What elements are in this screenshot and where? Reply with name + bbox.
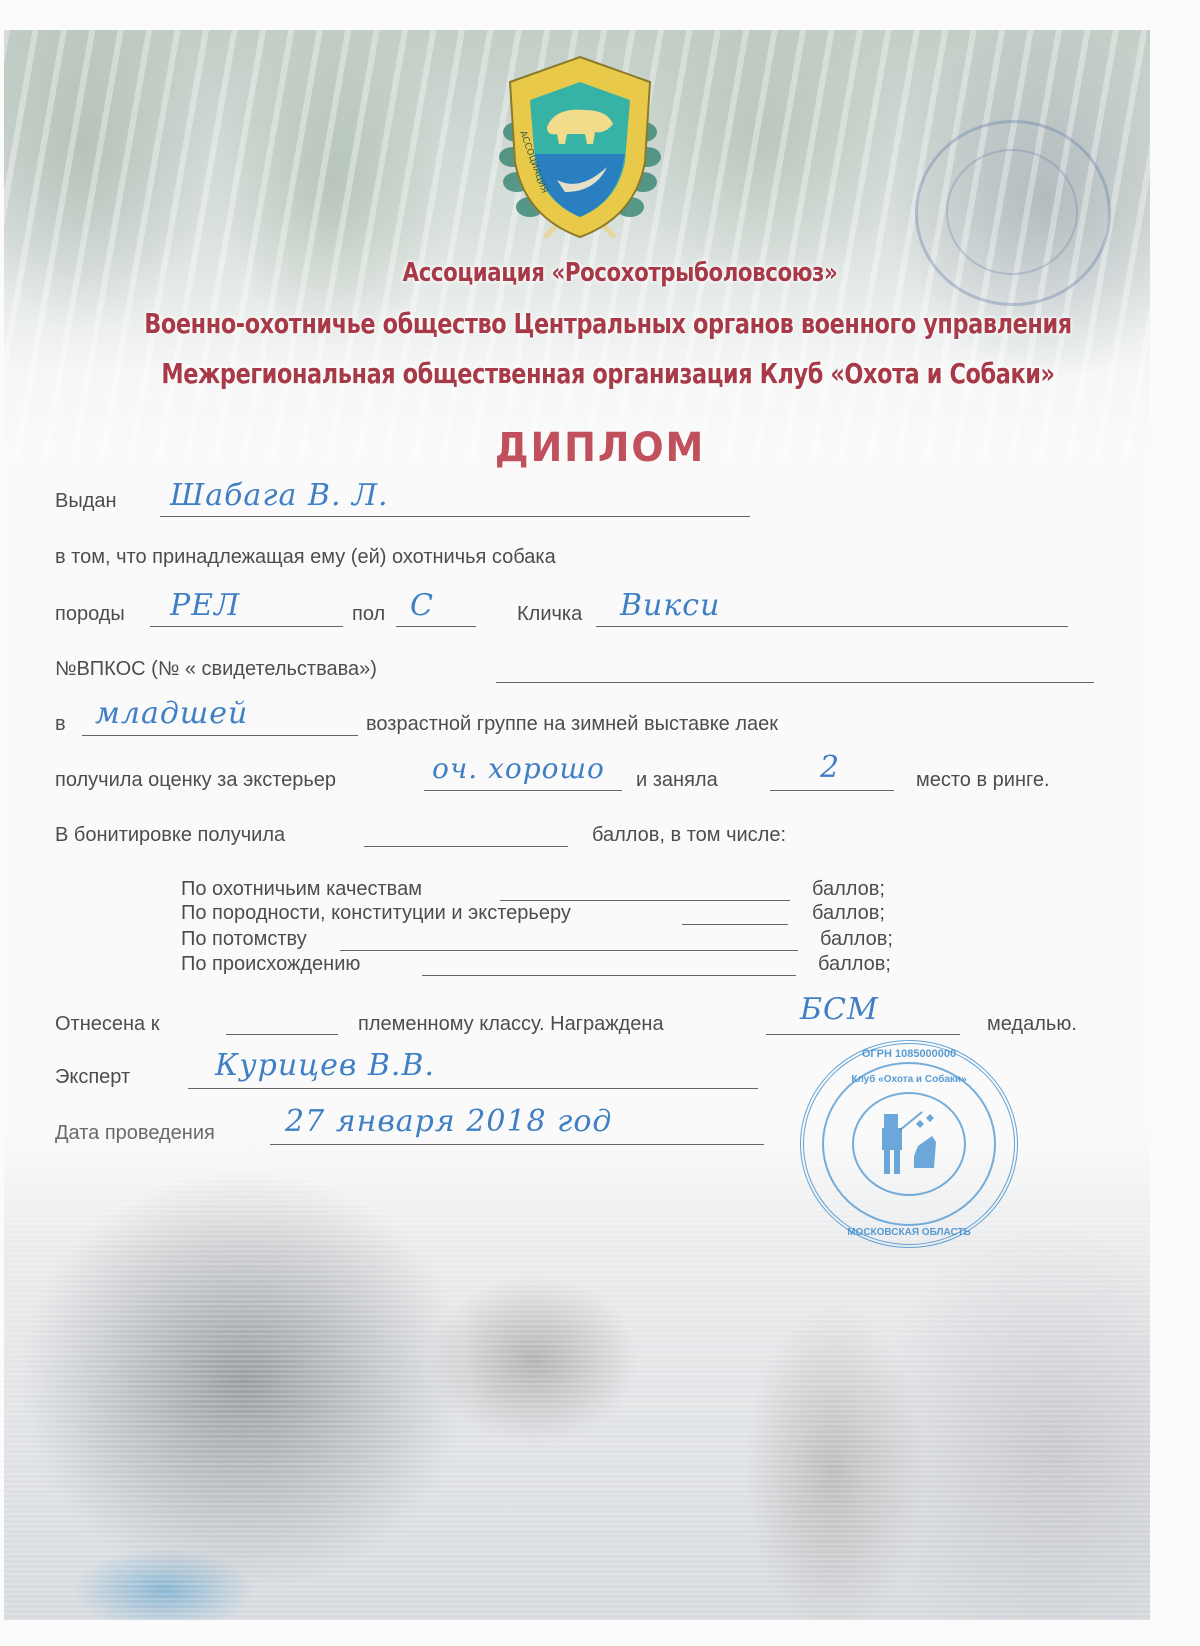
issued-to-label: Выдан	[55, 490, 117, 513]
score-line-origin	[422, 975, 796, 976]
medal-value: БСМ	[800, 992, 879, 1027]
issued-to-value: Шабага В. Л.	[170, 478, 389, 513]
vpkos-line	[496, 682, 1094, 683]
expert-line	[188, 1088, 758, 1089]
breed-line	[150, 626, 343, 627]
grade-label: получила оценку за экстерьер	[55, 769, 336, 792]
breed-value: РЕЛ	[170, 588, 240, 623]
breed-label: породы	[55, 603, 125, 626]
bonitation-label: В бонитировке получила	[55, 824, 285, 847]
event-date-value: 27 января 2018 год	[285, 1104, 612, 1139]
society-name: Военно-охотничье общество Центральных ор…	[128, 307, 1088, 340]
class-label: Отнесена к	[55, 1013, 159, 1036]
vpkos-label: №ВПКОС (№ « свидетельствава»)	[55, 658, 377, 681]
score-unit-origin: баллов;	[818, 953, 891, 976]
age-group-value: младшей	[95, 696, 248, 731]
bonitation-line	[364, 846, 568, 847]
sex-label: пол	[352, 603, 385, 626]
seal-club-text: Клуб «Охота и Собаки»	[804, 1074, 1014, 1085]
class-suffix: племенному классу. Награждена	[358, 1013, 664, 1036]
issued-to-line	[160, 516, 750, 517]
place-line	[770, 790, 894, 791]
score-unit-hunting: баллов;	[812, 878, 885, 901]
club-seal-icon: ОГРН 1085000000 Клуб «Охота и Собаки» МО…	[800, 1040, 1018, 1248]
group-line	[82, 735, 358, 736]
sex-value: С	[410, 588, 434, 623]
medal-suffix: медалью.	[987, 1013, 1077, 1036]
expert-value: Курицев В.В.	[215, 1048, 435, 1083]
seal-top-text: ОГРН 1085000000	[804, 1048, 1014, 1060]
place-suffix: место в ринге.	[916, 769, 1050, 792]
score-label-progeny: По потомству	[181, 928, 307, 951]
score-line-breed	[682, 924, 788, 925]
date-line	[270, 1144, 764, 1145]
score-unit-progeny: баллов;	[820, 928, 893, 951]
grade-line	[424, 790, 622, 791]
class-line	[226, 1034, 338, 1035]
score-label-origin: По происхождению	[181, 953, 360, 976]
expert-label: Эксперт	[55, 1066, 130, 1089]
score-line-progeny	[340, 950, 798, 951]
exterior-grade-value: оч. хорошо	[432, 752, 605, 785]
hunter-and-dog-icon	[874, 1106, 944, 1178]
group-prefix: в	[55, 713, 66, 736]
dog-name-value: Викси	[620, 588, 720, 623]
association-emblem-icon: АССОЦИАЦИЯ	[495, 52, 665, 247]
statement-text: в том, что принадлежащая ему (ей) охотни…	[55, 546, 556, 569]
sex-line	[396, 626, 476, 627]
place-label: и заняла	[636, 769, 718, 792]
dog-name-line	[596, 626, 1068, 627]
medal-line	[766, 1034, 960, 1035]
document-title: ДИПЛОМ	[30, 425, 1170, 471]
group-suffix: возрастной группе на зимней выставке лае…	[366, 713, 778, 736]
ring-place-value: 2	[820, 750, 840, 785]
seal-bottom-text: МОСКОВСКАЯ ОБЛАСТЬ	[804, 1227, 1014, 1238]
association-name: Ассоциация «Росохотрыболовсоюз»	[128, 258, 1112, 288]
date-label: Дата проведения	[55, 1122, 215, 1145]
organization-name: Межрегиональная общественная организация…	[128, 357, 1088, 390]
bonitation-suffix: баллов, в том числе:	[592, 824, 786, 847]
score-label-hunting: По охотничьим качествам	[181, 878, 422, 901]
score-label-breed: По породности, конституции и экстерьеру	[181, 902, 571, 925]
score-unit-breed: баллов;	[812, 902, 885, 925]
score-line-hunting	[500, 900, 790, 901]
dog-name-label: Кличка	[517, 603, 582, 626]
